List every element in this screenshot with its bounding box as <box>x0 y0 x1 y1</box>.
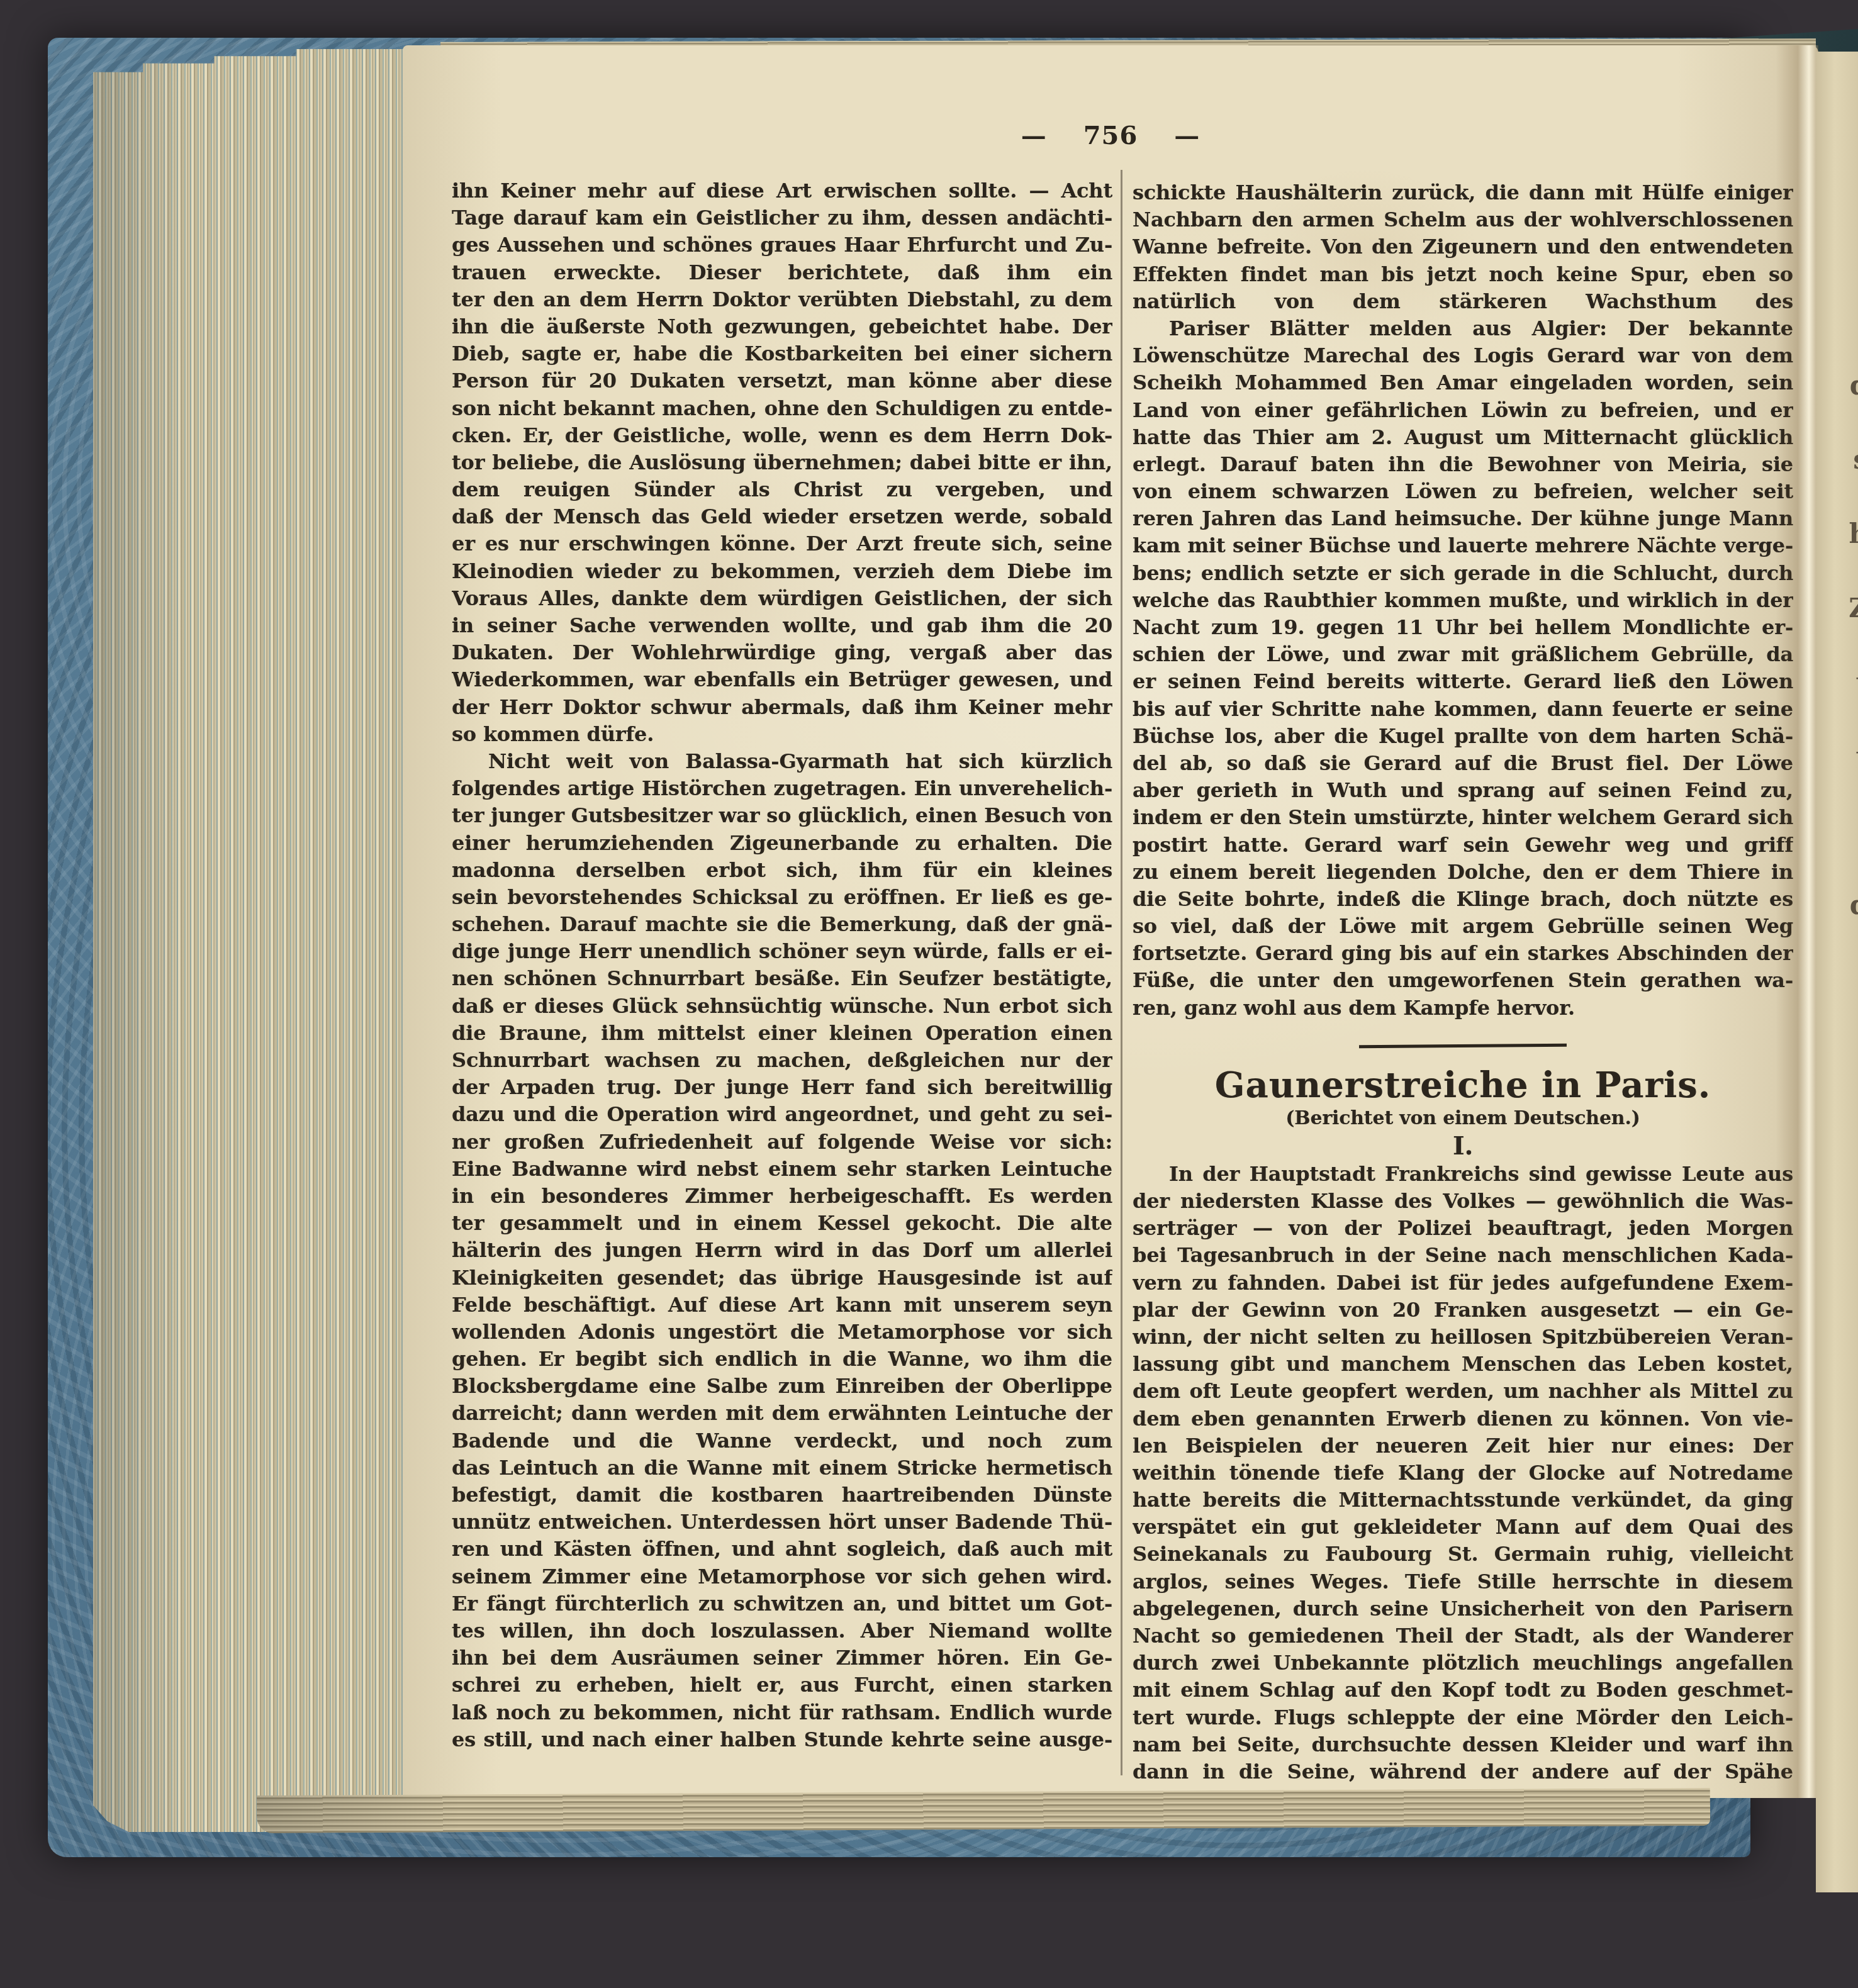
text-line: reren Jahren das Land heimsuche. Der küh… <box>1133 505 1793 532</box>
text-line: erlegt. Darauf baten ihn die Bewohner vo… <box>1133 451 1793 478</box>
text-line: ihn bei dem Ausräumen seiner Zimmer höre… <box>452 1645 1112 1672</box>
text-line: Kleinigkeiten gesendet; das übrige Hausg… <box>452 1265 1112 1292</box>
text-line: indem er den Stein umstürzte, hinter wel… <box>1133 804 1793 831</box>
text-line: die Braune, ihm mittelst einer kleinen O… <box>452 1020 1112 1047</box>
page-stack-bottom-edge <box>257 1788 1710 1833</box>
text-line: seinem Zimmer eine Metamorphose vor sich… <box>452 1563 1112 1590</box>
text-line: zu einem bereit liegenden Dolche, den er… <box>1133 859 1793 886</box>
text-line: dem reuigen Sünder als Christ zu vergebe… <box>452 476 1112 503</box>
text-line: del ab, so daß sie Gerard auf die Brust … <box>1133 750 1793 777</box>
text-line: in seiner Sache verwenden wollte, und ga… <box>452 612 1112 639</box>
text-line: sein bevorstehendes Schicksal zu eröffne… <box>452 884 1112 911</box>
text-line: Felde beschäftigt. Auf diese Art kann mi… <box>452 1292 1112 1319</box>
text-line: tert wurde. Flugs schleppte der eine Mör… <box>1133 1704 1793 1731</box>
text-line: er es nur erschwingen könne. Der Arzt fr… <box>452 530 1112 557</box>
text-line: Eine Badwanne wird nebst einem sehr star… <box>452 1156 1112 1183</box>
text-line: Seinekanals zu Faubourg St. Germain ruhi… <box>1133 1541 1793 1568</box>
text-line: ihn Keiner mehr auf diese Art erwischen … <box>452 177 1112 204</box>
text-line: nen schönen Schnurrbart besäße. Ein Seuf… <box>452 965 1112 992</box>
text-line: Voraus Alles, dankte dem würdigen Geistl… <box>452 585 1112 612</box>
text-line: len Beispielen der neueren Zeit hier nur… <box>1133 1432 1793 1460</box>
text-line: Blocksbergdame eine Salbe zum Einreiben … <box>452 1373 1112 1400</box>
text-line: ter gesammelt und in einem Kessel gekoch… <box>452 1210 1112 1237</box>
text-line: hälterin des jungen Herrn wird in das Do… <box>452 1237 1112 1264</box>
column-divider-rule <box>1121 170 1122 1775</box>
text-line: weithin tönende tiefe Klang der Glocke a… <box>1133 1460 1793 1487</box>
page-stack-fore-edge <box>93 49 449 1832</box>
text-line: in ein besonderes Zimmer herbeigeschafft… <box>452 1183 1112 1210</box>
text-line: unnütz entweichen. Unterdessen hört unse… <box>452 1509 1112 1536</box>
letter-fragment: Z <box>1830 571 1858 645</box>
text-line: ter junger Gutsbesitzer war so glücklich… <box>452 802 1112 829</box>
text-line: daß er dieses Glück sehnsüchtig wünsche.… <box>452 993 1112 1020</box>
page-number-left-dash: — <box>1021 121 1047 150</box>
text-line: folgendes artige Histörchen zugetragen. … <box>452 775 1112 802</box>
text-line: fortsetzte. Gerard ging bis auf ein star… <box>1133 940 1793 967</box>
text-line: aber gerieth in Wuth und sprang auf sein… <box>1133 777 1793 804</box>
text-line: es still, und nach einer halben Stunde k… <box>452 1726 1112 1753</box>
letter-fragment: d <box>1830 868 1858 942</box>
text-line: Nachbarn den armen Schelm aus der wohlve… <box>1133 206 1793 233</box>
left-text-column: ihn Keiner mehr auf diese Art erwischen … <box>452 177 1112 1753</box>
text-line: der Arpaden trug. Der junge Herr fand si… <box>452 1074 1112 1101</box>
text-line: dazu und die Operation wird angeordnet, … <box>452 1101 1112 1128</box>
text-line: befestigt, damit die kostbaren haartreib… <box>452 1482 1112 1509</box>
text-line: Füße, die unter den umgeworfenen Stein g… <box>1133 967 1793 994</box>
text-line: ges Aussehen und schönes graues Haar Ehr… <box>452 232 1112 259</box>
book-page: —756— ihn Keiner mehr auf diese Art erwi… <box>403 45 1818 1798</box>
text-line: ihn die äußerste Noth gezwungen, gebeich… <box>452 313 1112 340</box>
text-line: Nicht weit von Balassa-Gyarmath hat sich… <box>452 748 1112 775</box>
text-line: arglos, seines Weges. Tiefe Stille herrs… <box>1133 1568 1793 1595</box>
text-line: ter den an dem Herrn Doktor verübten Die… <box>452 286 1112 313</box>
text-line: Effekten findet man bis jetzt noch keine… <box>1133 261 1793 288</box>
text-line: Scheikh Mohammed Ben Amar eingeladen wor… <box>1133 369 1793 396</box>
text-line: hatte bereits die Mitternachtsstunde ver… <box>1133 1487 1793 1514</box>
text-line: schien der Löwe, und zwar mit gräßlichem… <box>1133 641 1793 668</box>
text-line: son nicht bekannt machen, ohne den Schul… <box>452 395 1112 422</box>
letter-fragment: t <box>1830 645 1858 720</box>
article-title: Gaunerstreiche in Paris. <box>1133 1065 1793 1105</box>
text-line: bis auf vier Schritte nahe kommen, dann … <box>1133 696 1793 723</box>
book-scan: —756— ihn Keiner mehr auf diese Art erwi… <box>0 0 1858 1988</box>
text-line: Schnurrbart wachsen zu machen, deßgleich… <box>452 1047 1112 1074</box>
text-line: Tage darauf kam ein Geistlicher zu ihm, … <box>452 204 1112 232</box>
text-line: Kleinodien wieder zu bekommen, verzieh d… <box>452 558 1112 585</box>
article-byline: (Berichtet von einem Deutschen.) <box>1133 1105 1793 1132</box>
letter-fragment: d <box>1830 349 1858 423</box>
text-line: Büchse los, aber die Kugel prallte von d… <box>1133 723 1793 750</box>
text-line: Badende und die Wanne verdeckt, und noch… <box>452 1427 1112 1455</box>
text-line: das Leintuch an die Wanne mit einem Stri… <box>452 1455 1112 1482</box>
letter-fragment: i <box>1830 794 1858 868</box>
facing-page-letter-fragments: dshZttid <box>1830 349 1858 942</box>
text-line: von einem schwarzen Löwen zu befreien, w… <box>1133 478 1793 505</box>
text-line: Pariser Blätter melden aus Algier: Der b… <box>1133 315 1793 342</box>
text-line: verspätet ein gut gekleideter Mann auf d… <box>1133 1514 1793 1541</box>
text-line: dige junge Herr unendlich schöner seyn w… <box>452 938 1112 965</box>
text-line: so kommen dürfe. <box>452 721 1112 748</box>
text-line: ren und Kästen öffnen, und ahnt sogleich… <box>452 1536 1112 1563</box>
text-line: winn, der nicht selten zu heillosen Spit… <box>1133 1324 1793 1351</box>
text-line: kam mit seiner Büchse und lauerte mehrer… <box>1133 532 1793 559</box>
text-line: gehen. Er begibt sich endlich in die Wan… <box>452 1346 1112 1373</box>
text-line: Wiederkommen, war ebenfalls ein Betrüger… <box>452 666 1112 693</box>
text-line: tor beliebe, die Auslösung übernehmen; d… <box>452 449 1112 476</box>
text-line: mit einem Schlag auf den Kopf todt zu Bo… <box>1133 1677 1793 1704</box>
text-line: schehen. Darauf machte sie die Bemerkung… <box>452 911 1112 938</box>
section-separator-rule <box>1359 1044 1567 1048</box>
text-line: serträger — von der Polizei beauftragt, … <box>1133 1215 1793 1242</box>
text-line: Land von einer gefährlichen Löwin zu bef… <box>1133 397 1793 424</box>
text-line: Dukaten. Der Wohlehrwürdige ging, vergaß… <box>452 639 1112 666</box>
text-line: In der Hauptstadt Frankreichs sind gewis… <box>1133 1161 1793 1188</box>
letter-fragment: h <box>1830 497 1858 571</box>
text-line: so viel, daß der Löwe mit argem Gebrülle… <box>1133 913 1793 940</box>
text-line: natürlich von dem stärkeren Wachsthum de… <box>1133 288 1793 315</box>
text-line: bei Tagesanbruch in der Seine nach mensc… <box>1133 1242 1793 1269</box>
right-text-column: schickte Haushälterin zurück, die dann m… <box>1133 179 1793 1785</box>
text-line: Person für 20 Dukaten versetzt, man könn… <box>452 367 1112 394</box>
text-line: ren, ganz wohl aus dem Kampfe hervor. <box>1133 995 1793 1022</box>
text-line: Wanne befreite. Von den Zigeunern und de… <box>1133 233 1793 260</box>
text-line: dem oft Leute geopfert werden, um nachhe… <box>1133 1378 1793 1405</box>
text-line: der niedersten Klasse des Volkes — gewöh… <box>1133 1188 1793 1215</box>
text-line: durch zwei Unbekannte plötzlich meuchlin… <box>1133 1650 1793 1677</box>
text-line: die Seite bohrte, indeß die Klinge brach… <box>1133 886 1793 913</box>
page-number: —756— <box>403 120 1818 152</box>
letter-fragment: t <box>1830 720 1858 794</box>
text-line: darreicht; dann werden mit dem erwähnten… <box>452 1400 1112 1427</box>
text-line: Nacht zum 19. gegen 11 Uhr bei hellem Mo… <box>1133 614 1793 641</box>
text-line: hatte das Thier am 2. August um Mitterna… <box>1133 424 1793 451</box>
facing-page-edge: dshZttid <box>1816 52 1858 1892</box>
text-line: vern zu fahnden. Dabei ist für jedes auf… <box>1133 1270 1793 1297</box>
text-line: dem eben genannten Erwerb dienen zu könn… <box>1133 1405 1793 1432</box>
text-line: abgelegenen, durch seine Unsicherheit vo… <box>1133 1595 1793 1622</box>
text-line: schrei zu erheben, hielt er, aus Furcht,… <box>452 1672 1112 1699</box>
text-line: daß der Mensch das Geld wieder ersetzen … <box>452 503 1112 530</box>
text-line: der Herr Doktor schwur abermals, daß ihm… <box>452 694 1112 721</box>
text-line: bens; endlich setzte er sich gerade in d… <box>1133 560 1793 587</box>
text-line: einer herumziehenden Zigeunerbande zu er… <box>452 830 1112 857</box>
text-line: Er fängt fürchterlich zu schwitzen an, u… <box>452 1590 1112 1617</box>
page-number-value: 756 <box>1083 121 1138 150</box>
letter-fragment: s <box>1830 423 1858 497</box>
text-line: ner großen Zufriedenheit auf folgende We… <box>452 1129 1112 1156</box>
text-line: madonna derselben erbot sich, ihm für ei… <box>452 857 1112 884</box>
text-line: tes willen, ihn doch loszulassen. Aber N… <box>452 1617 1112 1645</box>
text-line: welche das Raubthier kommen mußte, und w… <box>1133 587 1793 614</box>
text-line: Nacht so gemiedenen Theil der Stadt, als… <box>1133 1622 1793 1650</box>
text-line: Löwenschütze Marechal des Logis Gerard w… <box>1133 342 1793 369</box>
text-line: er seinen Feind bereits witterte. Gerard… <box>1133 668 1793 695</box>
right-column-top-block: schickte Haushälterin zurück, die dann m… <box>1133 179 1793 1022</box>
text-line: lassung gibt und manchem Menschen das Le… <box>1133 1351 1793 1378</box>
article-section-numeral: I. <box>1133 1132 1793 1161</box>
text-line: dann in die Seine, während der andere au… <box>1133 1758 1793 1785</box>
text-line: laß noch zu bekommen, nicht für rathsam.… <box>452 1699 1112 1726</box>
text-line: Dieb, sagte er, habe die Kostbarkeiten b… <box>452 340 1112 367</box>
text-line: cken. Er, der Geistliche, wolle, wenn es… <box>452 422 1112 449</box>
text-line: trauen erweckte. Dieser berichtete, daß … <box>452 259 1112 286</box>
page-gutter-fold-shadow <box>1776 45 1818 1798</box>
text-line: postirt hatte. Gerard warf sein Gewehr w… <box>1133 832 1793 859</box>
text-line: schickte Haushälterin zurück, die dann m… <box>1133 179 1793 206</box>
text-line: wollenden Adonis ungestört die Metamorph… <box>452 1319 1112 1346</box>
right-column-bottom-block: In der Hauptstadt Frankreichs sind gewis… <box>1133 1161 1793 1785</box>
text-line: nam bei Seite, durchsuchte dessen Kleide… <box>1133 1731 1793 1758</box>
text-line: plar der Gewinn von 20 Franken ausgesetz… <box>1133 1297 1793 1324</box>
page-number-right-dash: — <box>1174 121 1200 150</box>
